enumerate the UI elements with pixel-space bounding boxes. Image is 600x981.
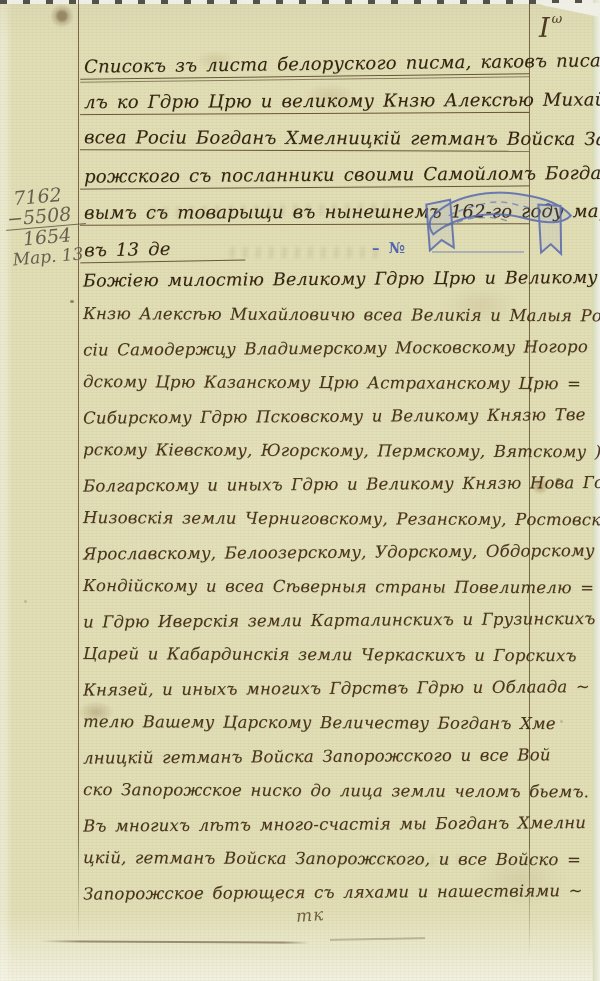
body-line: Князей, и иныхъ многихъ Гдрствъ Гдрю и О… bbox=[83, 666, 527, 703]
archival-ribbon-stamp bbox=[420, 177, 581, 268]
ink-blot bbox=[70, 300, 74, 303]
docket-line: въ 13 де bbox=[80, 224, 246, 264]
body-line: сіи Самодержцу Владимерскому Московскому… bbox=[83, 326, 527, 363]
body-line: ско Запорожское ниско до лица земли чело… bbox=[83, 769, 527, 805]
body-line: и Гдрю Иверскія земли Карталинскихъ и Гр… bbox=[83, 598, 527, 635]
body-line: Кнзю Алексѣю Михайловичю всеа Великія и … bbox=[83, 293, 527, 329]
scan-film-edge bbox=[0, 0, 600, 4]
docket-line-text: всеа Росіи Богданъ Хмелницкій гетманъ Во… bbox=[84, 127, 600, 150]
body-line: Царей и Кабардинскія земли Черкаскихъ и … bbox=[83, 633, 527, 669]
docket-line-text: въ 13 де bbox=[84, 239, 171, 262]
body-line: рскому Кіевскому, Югорскому, Пермскому, … bbox=[83, 429, 527, 465]
folio-superscript: ω bbox=[552, 12, 563, 27]
body-line-text: ско Запорожское ниско до лица земли чело… bbox=[83, 780, 589, 801]
body-line-text: Въ многихъ лѣтъ много-счастія мы Богданъ… bbox=[83, 813, 586, 836]
body-line-text: Сибирскому Гдрю Псковскому и Великому Кн… bbox=[83, 405, 586, 428]
body-line-text: Ярославскому, Белоозерскому, Удорскому, … bbox=[83, 541, 595, 564]
numero-mark: – № bbox=[372, 239, 407, 257]
body-line-text: и Гдрю Иверскія земли Карталинскихъ и Гр… bbox=[83, 609, 596, 632]
folio-numeral: I bbox=[539, 13, 550, 44]
body-line: телю Вашему Царскому Величеству Богданъ … bbox=[83, 701, 527, 737]
body-line: Запорожское борющеся съ ляхами и нашеств… bbox=[83, 870, 527, 907]
body-line-text: Болгарскому и иныхъ Гдрю и Великому Княз… bbox=[83, 473, 600, 496]
catchword: тк bbox=[295, 905, 325, 927]
body-line: Болгарскому и иныхъ Гдрю и Великому Княз… bbox=[83, 462, 527, 499]
body-line-text: Кондійскому и всеа Сѣверныя страны Повел… bbox=[83, 576, 594, 597]
body-line-text: Запорожское борющеся съ ляхами и нашеств… bbox=[83, 881, 583, 903]
pencil-strike-line bbox=[330, 937, 425, 941]
body-line-text: Князей, и иныхъ многихъ Гдрствъ Гдрю и О… bbox=[83, 677, 590, 700]
pencil-strike-line bbox=[40, 940, 310, 943]
docket-line-text: лъ ко Гдрю Црю и великому Кнзю Алексѣю М… bbox=[84, 89, 600, 113]
manuscript-page: Iω 7162 −5508 1654 Мар. 13 Списокъ зъ ли… bbox=[0, 0, 600, 981]
body-line: Сибирскому Гдрю Псковскому и Великому Кн… bbox=[83, 394, 527, 431]
body-line: Божіею милостію Великому Гдрю Црю и Вели… bbox=[83, 258, 527, 295]
body-line-text: сіи Самодержцу Владимерскому Московскому… bbox=[83, 337, 588, 360]
body-line: лницкій гетманъ Войска Запорожского и вс… bbox=[83, 734, 527, 771]
docket-line: всеа Росіи Богданъ Хмелницкій гетманъ Во… bbox=[80, 113, 529, 152]
body-line-text: Царей и Кабардинскія земли Черкаскихъ и … bbox=[83, 644, 577, 665]
body-line-text: рскому Кіевскому, Югорскому, Пермскому, … bbox=[83, 440, 600, 461]
body-line: Ярославскому, Белоозерскому, Удорскому, … bbox=[83, 530, 527, 567]
docket-line: Списокъ зъ листа белоруского писма, како… bbox=[80, 37, 529, 79]
folio-number: Iω bbox=[539, 12, 562, 44]
ink-blot bbox=[556, 478, 561, 482]
body-line: Въ многихъ лѣтъ много-счастія мы Богданъ… bbox=[83, 802, 527, 839]
body-line: цкій, гетманъ Войска Запорожского, и все… bbox=[83, 837, 527, 873]
body-line-text: Низовскія земли Черниговскому, Резанском… bbox=[83, 508, 600, 529]
body-line-text: лницкій гетманъ Войска Запорожского и вс… bbox=[83, 745, 551, 767]
body-line-text: Божіею милостію Великому Гдрю Црю и Вели… bbox=[83, 268, 600, 292]
numero-underline bbox=[432, 251, 524, 253]
body-line-text: телю Вашему Царскому Величеству Богданъ … bbox=[83, 712, 556, 733]
docket-line-text: Списокъ зъ листа белоруского писма, како… bbox=[84, 50, 600, 77]
docket-line: лъ ко Гдрю Црю и великому Кнзю Алексѣю М… bbox=[80, 76, 529, 115]
body-line-text: цкій, гетманъ Войска Запорожского, и все… bbox=[83, 848, 581, 869]
body-line: Кондійскому и всеа Сѣверныя страны Повел… bbox=[83, 565, 527, 601]
body-line-text: Кнзю Алексѣю Михайловичю всеа Великія и … bbox=[83, 304, 600, 325]
ink-blot bbox=[24, 600, 27, 603]
body-line: Низовскія земли Черниговскому, Резанском… bbox=[83, 497, 527, 533]
ink-blot bbox=[560, 720, 563, 723]
body-line-text: дскому Црю Казанскому Црю Астраханскому … bbox=[83, 372, 581, 393]
body-line: дскому Црю Казанскому Црю Астраханскому … bbox=[83, 361, 527, 397]
letter-body: Божіею милостію Великому Гдрю Црю и Вели… bbox=[83, 260, 527, 906]
